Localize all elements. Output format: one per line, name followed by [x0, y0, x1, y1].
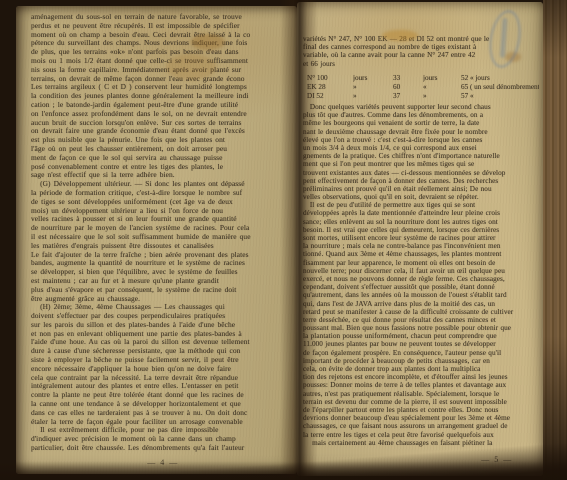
text-line: devrions donner beaucoup d'eau spécialem… — [303, 414, 539, 422]
text-line: autres, n'est pas pratiquement réalisabl… — [303, 390, 539, 398]
table-cell: 60 — [393, 83, 423, 92]
right-page-body-text: Donc quelques variétés peuvent supporter… — [303, 103, 539, 447]
text-line: de nourriture par le moyen de l'ancien s… — [31, 224, 295, 233]
text-line: nouvelle terre; pour discerner cela, il … — [303, 267, 539, 275]
text-line: cela, on évite de donner trop aux plante… — [303, 365, 539, 373]
text-line: retard peut se manifester à cause de la … — [303, 308, 539, 316]
text-line: pousses: Donner moins de terre à de tell… — [303, 381, 539, 389]
text-line: terrains, on devrait de même façon donne… — [31, 75, 295, 84]
table-cell: 57 « — [461, 92, 539, 101]
page-edges — [543, 0, 567, 480]
text-line: Il est de peu d'utilité de permettre aux… — [303, 201, 539, 209]
text-line: les matières d'engrais puissent être dis… — [31, 242, 295, 251]
text-line: et non pas en enlevant obliquement une p… — [31, 330, 295, 339]
text-line: on l'enfonce assez profondément dans le … — [31, 110, 295, 119]
text-line: besoin. Il est vrai que celles qui demeu… — [303, 226, 539, 234]
text-line: on devrait faire une grande économie d'e… — [31, 127, 295, 136]
text-line: se développer, si bien que l'équilibre, … — [31, 268, 295, 277]
text-line: sage n'est effectif que si la terre adhè… — [31, 171, 295, 180]
text-line: velles racines à pousser et si on leur f… — [31, 215, 295, 224]
table-cell: » — [353, 83, 393, 92]
text-line: ment de façon ce que le sol qui servira … — [31, 154, 295, 163]
text-line: encore nécessaire d'appliquer la houe bi… — [31, 365, 295, 374]
text-line: nant le deuxième chaussage devrait être … — [303, 128, 539, 136]
text-line: même les bourgeons qui venaient de sorti… — [303, 119, 539, 127]
text-line: moment où on champ a besoin d'eau. Ceci … — [31, 31, 295, 40]
text-line: l'âge où on peut les chausser entièremen… — [31, 145, 295, 154]
table-cell: 52 « jours — [461, 74, 539, 83]
text-line: préliminaires ont prouvé qu'il en était … — [303, 185, 539, 193]
text-line: dure à cause d'une sécheresse persistant… — [31, 347, 295, 356]
table-cell: 33 — [393, 74, 423, 83]
text-line: perdus et ne peuvent être récupérés. Il … — [31, 22, 295, 31]
text-line: cela que contraint par la nécessité. La … — [31, 374, 295, 383]
right-page: variétés N° 247, N° 100 EK — 28 et DI 52… — [297, 2, 543, 476]
text-line: mois ou 1 mois 1/2 étant donné que celle… — [31, 57, 295, 66]
text-line: mois) un développement ultérieur a lieu … — [31, 207, 295, 216]
paper-stain — [166, 54, 216, 80]
text-line: Donc quelques variétés peuvent supporter… — [303, 103, 539, 111]
left-page: aménagement du sous-sol en terrain de na… — [16, 6, 297, 474]
text-line: chaussages, ce que faisant nous assurons… — [303, 422, 539, 430]
text-line: qui, dans l'est de JAVA arrive dans plus… — [303, 300, 539, 308]
text-line: poussant mal. Bien que nous fassions not… — [303, 324, 539, 332]
book-scan: aménagement du sous-sol en terrain de na… — [0, 0, 567, 480]
table-cell: » — [423, 92, 461, 101]
table-cell: jours — [423, 74, 461, 83]
text-line: fisamment par leur apparence, le moment … — [303, 259, 539, 267]
text-line: sont mortes, utilisent encore leur systè… — [303, 234, 539, 242]
text-line: de plus, que les terrains «ok» n'ont par… — [31, 48, 295, 57]
text-line: Le fait d'ajouter de la terre fraîche ; … — [31, 251, 295, 260]
text-line: être augmenté grâce au chaussage. — [31, 295, 295, 304]
text-line: (H) 2ème; 3ème, 4ème Chaussages — Les ch… — [31, 303, 295, 312]
text-line: il est nécessaire que le sol soit suffis… — [31, 233, 295, 242]
variety-days-table: N° 100jours33jours52 « joursEK 28»60«65 … — [307, 74, 539, 100]
text-line: la période de formation critique, c'est-… — [31, 189, 295, 198]
text-line: plus d'eau s'évapore et par conséquent, … — [31, 286, 295, 295]
text-line: de tiges se sont développées uniformémen… — [31, 198, 295, 207]
text-line: aménagement du sous-sol en terrain de na… — [31, 13, 295, 22]
text-line: développées après la date mentionnée d'a… — [303, 209, 539, 217]
text-line: nis sous la forme capillaire. Immédiatem… — [31, 66, 295, 75]
text-line: important de procéder à beaucoup de peti… — [303, 357, 539, 365]
text-line: Il est extrêmement difficile, pour ne pa… — [31, 426, 295, 435]
text-line: sance; elles enlèvent au sol la nourritu… — [303, 218, 539, 226]
text-line: la plantation pousse uniformément, chacu… — [303, 332, 539, 340]
text-line: ment que si l'on peut montrer que les mê… — [303, 160, 539, 168]
text-line: trouvent existantes aux dates — ci-desso… — [303, 169, 539, 177]
text-line: plus tôt que d'autres. Comme dans les dé… — [303, 111, 539, 119]
table-row: EK 28»60«65 ( un seul dénombrement — [307, 83, 539, 92]
gutter-shadow — [280, 0, 318, 480]
text-line: contre la plante ne peut être tolérée ét… — [31, 391, 295, 400]
table-cell: « — [423, 83, 461, 92]
text-line: velles observations, quoi qu'il en soit,… — [303, 193, 539, 201]
text-line: (G) Développement ultérieur. — Si donc l… — [31, 180, 295, 189]
text-line: est maintenu ; car au fur et à mesure qu… — [31, 277, 295, 286]
text-line: terre desséchée, ce qui donne pour résul… — [303, 316, 539, 324]
table-row: DI 52»37»57 « — [307, 92, 539, 101]
table-cell: jours — [353, 74, 393, 83]
text-line: sur les parois du sillon et des plates-b… — [31, 321, 295, 330]
text-line: intégralement autour des plantes et entr… — [31, 382, 295, 391]
table-cell: 37 — [393, 92, 423, 101]
table-row: N° 100jours33jours52 « jours — [307, 74, 539, 83]
text-line: Les terrains argileux ( C et D ) conserv… — [31, 83, 295, 92]
text-line: bandes, augmente la quantité de nourritu… — [31, 259, 295, 268]
text-line: la canne ont une tendance à se développe… — [31, 400, 295, 409]
text-line: posé convenablement contre et entre les … — [31, 163, 295, 172]
text-line: tion des rejetons est encore incomplète,… — [303, 373, 539, 381]
table-cell: 65 ( un seul dénombrement — [461, 83, 539, 92]
text-line: cation ; le batonde-jardin également peu… — [31, 101, 295, 110]
text-line: tionné. Quand aux 3ème et 4ème chaussage… — [303, 250, 539, 258]
text-line: doivent s'effectuer par des coupes perpe… — [31, 312, 295, 321]
text-line: est plus nuisible que la pénurie. Une fo… — [31, 136, 295, 145]
text-line: 11.000 jeunes plantes par bouw ne peuven… — [303, 340, 539, 348]
text-line: pent effectivement de façon à donner des… — [303, 177, 539, 185]
text-line: siste à employer la bêche ne puisse faci… — [31, 356, 295, 365]
text-line: étaler la terre de façon égale pour faci… — [31, 418, 295, 427]
text-line: la nourriture ; mais cela ne contre-bala… — [303, 242, 539, 250]
text-line: terrain est devenu dur comme de la pierr… — [303, 398, 539, 406]
text-line: pétence du surveillant des champs. Nous … — [31, 39, 295, 48]
text-line: élevé que l'on a trouvé : c'est c'est-à-… — [303, 136, 539, 144]
bottom-shadow — [0, 438, 567, 480]
text-line: aucun bruit de succion lorsqu'on enlève.… — [31, 119, 295, 128]
table-cell: » — [353, 92, 393, 101]
text-line: dans ce cas elles ne tarderaient pas à s… — [31, 409, 295, 418]
text-line: qu'autrement, dans les années où la mous… — [303, 291, 539, 299]
paper-stain — [382, 30, 418, 41]
text-line: cependant, doivent s'effectuer aussitôt … — [303, 283, 539, 291]
text-line: l'aide d'une houe. Au cas où la paroi du… — [31, 338, 295, 347]
text-line: de l'éparpiller partout entre les plante… — [303, 406, 539, 414]
left-page-text: aménagement du sous-sol en terrain de na… — [31, 13, 295, 453]
text-line: la condition des jeunes plantes donne gé… — [31, 92, 295, 101]
text-line: exercé, et nous ne pouvons donner de règ… — [303, 275, 539, 283]
text-line: un mois 3/4 à deux mois 1/4, ce qui corr… — [303, 144, 539, 152]
paper-stain — [191, 34, 225, 50]
text-line: de façon également prospère. En conséque… — [303, 349, 539, 357]
text-line: gnements de la pratique. Ces chiffres n'… — [303, 152, 539, 160]
